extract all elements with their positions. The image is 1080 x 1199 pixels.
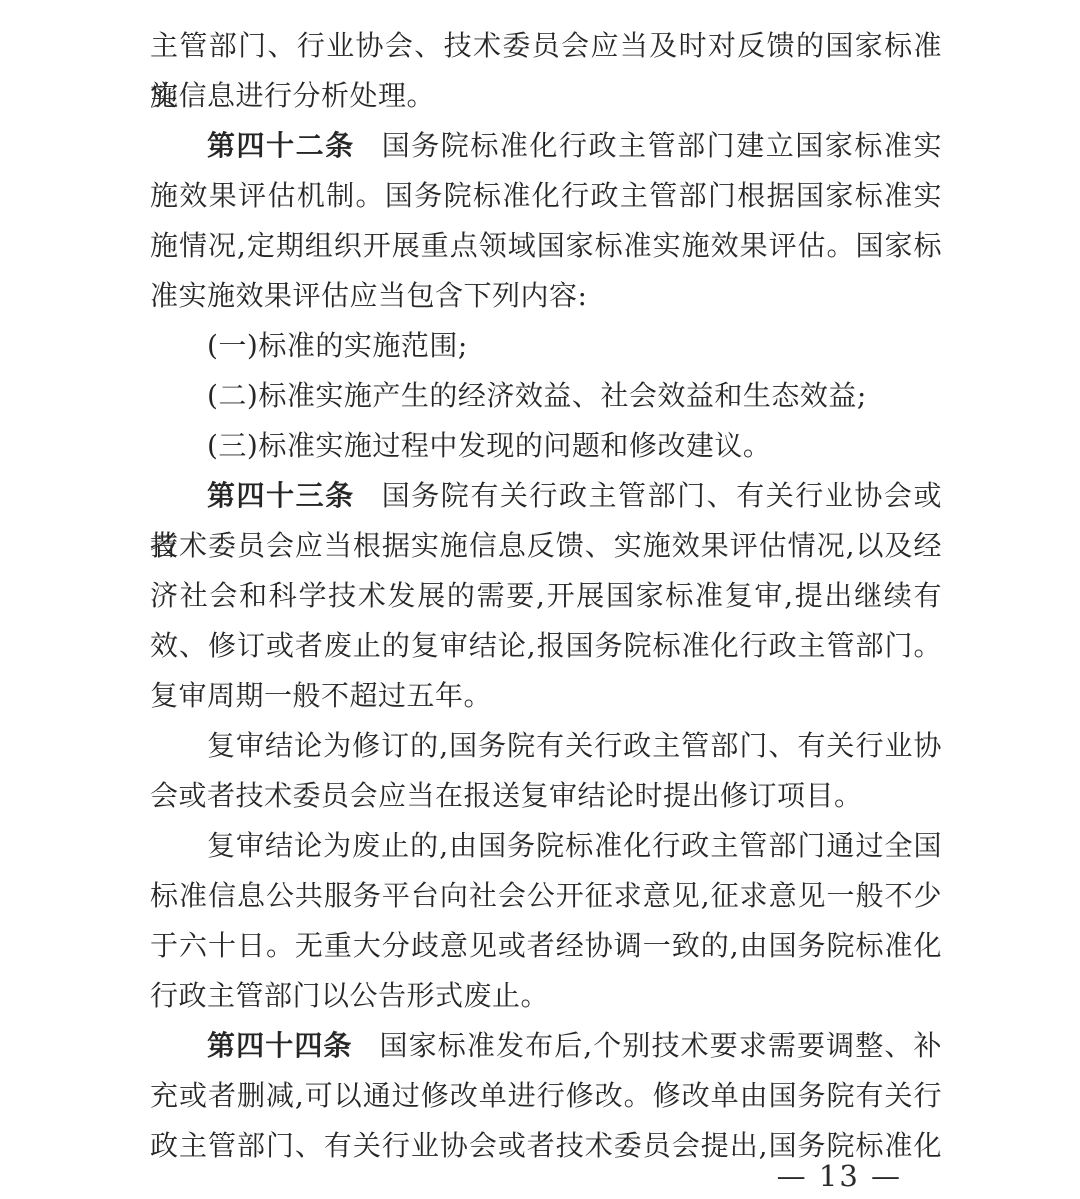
text-line: 施效果评估机制。国务院标准化行政主管部门根据国家标准实 xyxy=(150,171,942,221)
text-line: 第四十二条国务院标准化行政主管部门建立国家标准实 xyxy=(150,121,942,171)
text-line: 复审结论为废止的,由国务院标准化行政主管部门通过全国 xyxy=(150,821,942,871)
line-text: 标准信息公共服务平台向社会公开征求意见,征求意见一般不少 xyxy=(150,879,942,912)
text-line: 充或者删减,可以通过修改单进行修改。修改单由国务院有关行 xyxy=(150,1071,942,1121)
line-text: (二)标准实施产生的经济效益、社会效益和生态效益; xyxy=(207,379,867,412)
line-text: 充或者删减,可以通过修改单进行修改。修改单由国务院有关行 xyxy=(150,1079,942,1112)
page-number: — 13 — xyxy=(777,1156,902,1196)
text-line: 于六十日。无重大分歧意见或者经协调一致的,由国务院标准化 xyxy=(150,921,942,971)
line-text: 准实施效果评估应当包含下列内容: xyxy=(150,279,587,312)
text-block: 主管部门、行业协会、技术委员会应当及时对反馈的国家标准实施信息进行分析处理。第四… xyxy=(150,21,942,1171)
article-number: 第四十三条 xyxy=(207,479,355,512)
line-text: 技术委员会应当根据实施信息反馈、实施效果评估情况,以及经 xyxy=(150,529,942,562)
article-number: 第四十四条 xyxy=(207,1029,353,1062)
text-line: (二)标准实施产生的经济效益、社会效益和生态效益; xyxy=(150,371,942,421)
line-text: 国务院标准化行政主管部门建立国家标准实 xyxy=(382,129,942,162)
line-text: (三)标准实施过程中发现的问题和修改建议。 xyxy=(207,429,771,462)
document-page: 主管部门、行业协会、技术委员会应当及时对反馈的国家标准实施信息进行分析处理。第四… xyxy=(0,0,1080,1199)
line-text: 国家标准发布后,个别技术要求需要调整、补 xyxy=(380,1029,942,1062)
text-line: 效、修订或者废止的复审结论,报国务院标准化行政主管部门。 xyxy=(150,621,942,671)
text-line: 施信息进行分析处理。 xyxy=(150,71,942,121)
line-text: 行政主管部门以公告形式废止。 xyxy=(150,979,549,1012)
line-text: 复审周期一般不超过五年。 xyxy=(150,679,492,712)
line-text: 效、修订或者废止的复审结论,报国务院标准化行政主管部门。 xyxy=(150,629,942,662)
line-text: 会或者技术委员会应当在报送复审结论时提出修订项目。 xyxy=(150,779,863,812)
line-text: 复审结论为修订的,国务院有关行政主管部门、有关行业协 xyxy=(207,729,942,762)
article-number: 第四十二条 xyxy=(207,129,355,162)
text-line: 济社会和科学技术发展的需要,开展国家标准复审,提出继续有 xyxy=(150,571,942,621)
line-text: 复审结论为废止的,由国务院标准化行政主管部门通过全国 xyxy=(207,829,942,862)
text-line: 第四十四条国家标准发布后,个别技术要求需要调整、补 xyxy=(150,1021,942,1071)
text-line: 行政主管部门以公告形式废止。 xyxy=(150,971,942,1021)
text-line: 复审周期一般不超过五年。 xyxy=(150,671,942,721)
text-line: (三)标准实施过程中发现的问题和修改建议。 xyxy=(150,421,942,471)
line-text: 于六十日。无重大分歧意见或者经协调一致的,由国务院标准化 xyxy=(150,929,942,962)
text-line: (一)标准的实施范围; xyxy=(150,321,942,371)
text-line: 主管部门、行业协会、技术委员会应当及时对反馈的国家标准实 xyxy=(150,21,942,71)
text-line: 标准信息公共服务平台向社会公开征求意见,征求意见一般不少 xyxy=(150,871,942,921)
text-line: 会或者技术委员会应当在报送复审结论时提出修订项目。 xyxy=(150,771,942,821)
text-line: 第四十三条国务院有关行政主管部门、有关行业协会或者 xyxy=(150,471,942,521)
text-line: 复审结论为修订的,国务院有关行政主管部门、有关行业协 xyxy=(150,721,942,771)
line-text: 施情况,定期组织开展重点领域国家标准实施效果评估。国家标 xyxy=(150,229,942,262)
line-text: 施效果评估机制。国务院标准化行政主管部门根据国家标准实 xyxy=(150,179,942,212)
line-text: (一)标准的实施范围; xyxy=(207,329,468,362)
text-line: 技术委员会应当根据实施信息反馈、实施效果评估情况,以及经 xyxy=(150,521,942,571)
line-text: 施信息进行分析处理。 xyxy=(150,79,435,112)
text-line: 准实施效果评估应当包含下列内容: xyxy=(150,271,942,321)
text-line: 施情况,定期组织开展重点领域国家标准实施效果评估。国家标 xyxy=(150,221,942,271)
line-text: 济社会和科学技术发展的需要,开展国家标准复审,提出继续有 xyxy=(150,579,942,612)
